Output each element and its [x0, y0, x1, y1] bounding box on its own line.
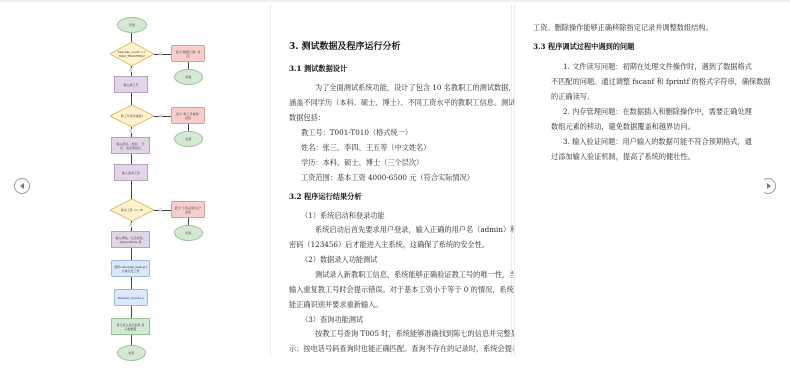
flow-input-salary: 输入基本工资 [114, 164, 148, 181]
section-title-3-1: 3.1 测试数据设计 [289, 62, 347, 76]
flow-end-label: 结束 [185, 75, 191, 79]
flow-decision-duplicate: 教工号是否重复? [110, 105, 154, 127]
page-flowchart: 开始 teacher_count >= MAX_TEACHERS? 是 显示"数… [100, 4, 266, 364]
paragraph-line: 测试录入新教职工信息，系统能够正确验证教工号的唯一性，当 [315, 268, 516, 282]
flow-end-label: 结束 [128, 351, 134, 355]
list-item: 姓名：张三、李四、王五等（中文姓名） [301, 141, 430, 155]
flow-start: 开始 [117, 17, 147, 33]
edge-label-no: 否 [129, 129, 132, 133]
flow-error-label: 显示"数组已满" 返回 [175, 50, 201, 58]
flow-end: 结束 [174, 131, 203, 147]
list-item-line: 不匹配的问题。通过调整 fscanf 和 fprintf 的格式字符串，确保数据 [551, 75, 771, 89]
section-title-3-2: 3.2 程序运行结果分析 [289, 190, 362, 204]
list-item-line: 过添加输入验证机制，提高了系统的健壮性。 [551, 150, 695, 164]
flow-increment-count: teacher_count++ [114, 289, 148, 306]
paragraph-line: 示；按电话号码查询时也能正确匹配。查询不存在的记录时，系统会提示 [289, 342, 519, 356]
flow-decision-label: 基本工资 <= 0? [121, 208, 143, 212]
section-title-3-3: 3.3 程序调试过程中遇到的问题 [533, 40, 634, 54]
edge-label-yes: 是 [159, 208, 162, 212]
flow-decision-label: teacher_count >= MAX_TEACHERS? [118, 50, 146, 58]
flow-decision-salary: 基本工资 <= 0? [110, 199, 154, 221]
flow-process-label: 调用calculate_salary() 计算应发工资 [114, 265, 147, 273]
flow-edge [131, 306, 132, 318]
flow-process-label: 输入基本工资 [122, 171, 140, 175]
flow-edge [154, 210, 171, 211]
flow-edge [131, 154, 132, 164]
flow-edge [188, 218, 189, 225]
paragraph-line: 为了全面测试系统功能，设计了包含 10 名教职工的测试数据， [315, 81, 516, 95]
flow-end: 结束 [117, 345, 146, 361]
edge-label-yes: 是 [159, 114, 162, 118]
list-item-line: 1. 文件读写问题：初期在处理文件操作时，遇到了数据格式 [563, 60, 752, 74]
flow-edge [131, 277, 132, 289]
paragraph-line: 按教工号查询 T005 时，系统能够准确找到陈七的信息并完整显 [315, 327, 518, 341]
flow-error-full: 显示"数组已满" 返回 [171, 45, 205, 62]
flowchart: 开始 teacher_count >= MAX_TEACHERS? 是 显示"数… [100, 4, 266, 364]
flow-success: 显示录入成功信息 显示数据量 [111, 318, 150, 335]
page-test-analysis: 3. 测试数据及程序运行分析 3.1 测试数据设计 为了全面测试系统功能，设计了… [270, 4, 512, 356]
flow-edge [131, 181, 132, 199]
flow-error-label: 显示"工资必须为正" 返回 [174, 206, 202, 214]
flow-edge [131, 248, 132, 260]
flow-edge [131, 93, 132, 105]
flow-end: 结束 [174, 225, 203, 241]
flow-calc-salary: 调用calculate_salary() 计算应发工资 [111, 260, 150, 277]
top-border [0, 0, 790, 2]
flow-end-label: 结束 [185, 137, 191, 141]
flow-decision-label: 教工号是否重复? [121, 114, 144, 118]
flow-edge [154, 54, 171, 55]
paragraph-line: 能正确识别并要求重新输入。 [289, 298, 382, 312]
list-item-line: 数组元素的移动，避免数据覆盖和越界访问。 [551, 120, 695, 134]
item-heading: （3）查询功能测试 [301, 313, 363, 327]
flow-decision-capacity: teacher_count >= MAX_TEACHERS? [110, 42, 154, 66]
flow-edge [188, 124, 189, 131]
paragraph-line: 数据包括： [289, 111, 325, 125]
list-item-line: 3. 输入验证问题：用户输入的数据可能不符合预期格式，通 [563, 135, 752, 149]
flow-process-label: 显示录入成功信息 显示数据量 [116, 323, 146, 331]
flow-error-salary: 显示"工资必须为正" 返回 [171, 201, 205, 218]
list-item: 工资范围：基本工资 4000-6500 元（符合实际情况） [301, 171, 474, 185]
paragraph-line: 密码（123456）后才能进入主系统，这确保了系统的安全性。 [289, 238, 489, 252]
flow-process-label: 输入津贴、生活补贴、 expenditure 等 [114, 236, 147, 244]
flow-input-allowance: 输入津贴、生活补贴、 expenditure 等 [111, 231, 150, 248]
list-item-line: 的正确读写。 [551, 90, 594, 104]
flow-error-duplicate: 显示"教工号重复" 返回 [171, 107, 205, 124]
flow-edge [131, 335, 132, 345]
flow-end-label: 结束 [185, 231, 191, 235]
list-item: 教工号：T001-T010（格式统一） [301, 126, 412, 140]
paragraph-line: 涵盖不同学历（本科、硕士、博士）、不同工资水平的教职工信息。测试 [289, 96, 515, 110]
chevron-right-icon [767, 183, 771, 189]
paragraph-line: 系统启动后首先要求用户登录，输入正确的用户名（admin）和 [315, 223, 517, 237]
flow-end: 结束 [174, 69, 203, 85]
flow-edge [188, 62, 189, 69]
item-heading: （2）数据录入功能测试 [301, 253, 377, 267]
flow-edge [131, 33, 132, 42]
edge-label-no: 否 [129, 68, 132, 72]
edge-label-no: 否 [129, 223, 132, 227]
prev-page-button[interactable] [14, 178, 30, 194]
flow-input-info: 输入姓名、性别、 学历、电话等信息 [111, 137, 150, 154]
list-item: 学历：本科、硕士、博士（三个层次） [301, 156, 423, 170]
flow-start-label: 开始 [129, 23, 135, 27]
list-item-line: 2. 内存管理问题：在数据插入和删除操作中，需要正确处理 [563, 105, 752, 119]
flow-edge [154, 116, 171, 117]
flow-error-label: 显示"教工号重复" 返回 [175, 112, 201, 120]
page-debug-issues: 工资。删除操作能够正确移除指定记录并调整数组结构。 3.3 程序调试过程中遇到的… [514, 4, 764, 356]
paragraph-line: 输入重复教工号时会提示错误。对于基本工资小于等于 0 的情况，系统也 [289, 283, 521, 297]
chapter-title: 3. 测试数据及程序运行分析 [289, 40, 401, 54]
flow-process-label: 输入教工号 [123, 83, 138, 87]
edge-label-yes: 是 [159, 52, 162, 56]
flow-input-id: 输入教工号 [114, 76, 148, 93]
flow-process-label: teacher_count++ [118, 296, 144, 300]
flow-process-label: 输入姓名、性别、 学历、电话等信息 [115, 142, 147, 150]
item-heading: （1）系统启动和登录功能 [301, 209, 385, 223]
chevron-left-icon [20, 183, 24, 189]
paragraph-line: 工资。删除操作能够正确移除指定记录并调整数组结构。 [533, 21, 713, 35]
